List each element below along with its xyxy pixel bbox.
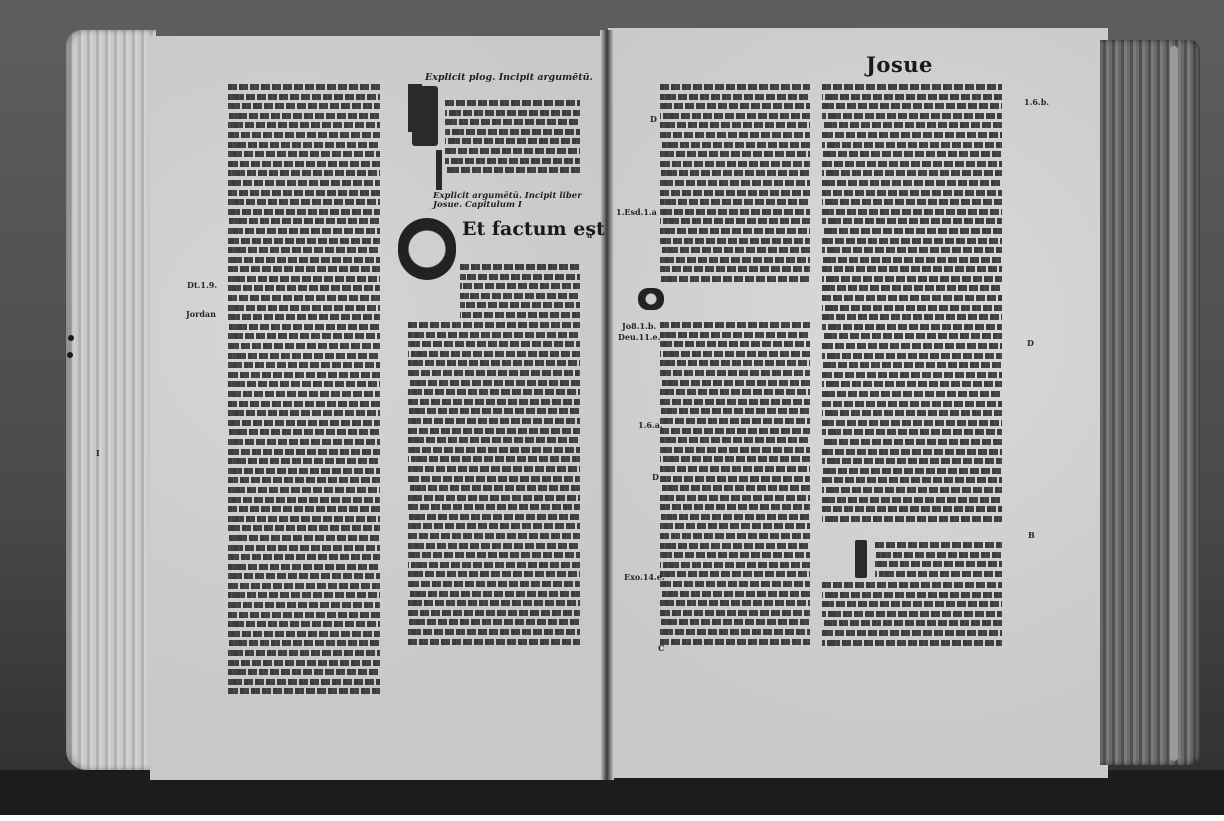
text-line [228,658,380,668]
book-gutter [600,30,614,780]
text-column-right-outer-initial [875,540,1002,580]
margin-note: Exo.14.e. [624,572,665,582]
text-line [660,550,810,560]
text-line [660,178,810,188]
margin-note: D [1027,338,1034,348]
text-line [822,197,1002,207]
text-line [228,523,380,533]
text-line [460,272,580,282]
text-line [822,485,1002,495]
text-line [875,569,1002,579]
text-line [822,389,1002,399]
text-line [460,310,580,320]
text-line [822,312,1002,322]
text-line [822,216,1002,226]
text-line [228,686,380,696]
text-line [822,628,1002,638]
ink-mark [67,352,73,358]
text-line [660,454,810,464]
text-line [408,560,580,570]
text-line [660,320,810,330]
text-line [660,397,810,407]
text-line [660,627,810,637]
text-line [660,483,810,493]
text-line [822,207,1002,217]
text-line [822,514,1002,524]
text-line [408,521,580,531]
text-line [660,378,810,388]
text-line [228,495,380,505]
text-line [228,274,380,284]
text-line [660,426,810,436]
text-line [408,358,580,368]
text-line [408,464,580,474]
text-line [660,111,810,121]
text-line [822,580,1002,590]
text-line [228,236,380,246]
text-line [228,648,380,658]
text-line [228,168,380,178]
text-line [822,609,1002,619]
text-line [660,560,810,570]
text-line [408,637,580,647]
margin-note: D [652,472,659,482]
text-line [822,168,1002,178]
text-line [228,610,380,620]
text-line [460,291,580,301]
text-line [228,600,380,610]
text-line [660,236,810,246]
text-line [228,245,380,255]
text-line [408,541,580,551]
text-line [660,445,810,455]
text-line [408,493,580,503]
text-line [408,330,580,340]
text-line [228,504,380,514]
text-line [822,408,1002,418]
text-line [660,255,810,265]
text-line [822,236,1002,246]
rubric-explicit-prologue: Explicit plog. Incipit argumētū. [425,72,593,83]
text-line [408,512,580,522]
text-line [228,399,380,409]
text-column-left-outer [228,82,380,702]
text-column-left-inner-prologue [445,98,580,184]
text-line [408,579,580,589]
text-line [408,608,580,618]
text-line [408,531,580,541]
text-line [228,447,380,457]
text-line [228,677,380,687]
text-line [660,579,810,589]
text-line [228,427,380,437]
margin-note: B [1028,530,1035,540]
text-line [408,426,580,436]
text-line [822,504,1002,514]
text-line [228,360,380,370]
text-line [228,571,380,581]
text-line [822,351,1002,361]
decorated-initial-i [412,86,438,146]
text-line [408,454,580,464]
text-line [408,406,580,416]
text-line [822,149,1002,159]
margin-note: 1.6.a. [638,420,663,430]
text-line [660,617,810,627]
text-line [408,397,580,407]
text-line [822,92,1002,102]
text-column-right-inner-upper [660,82,810,292]
text-line [228,379,380,389]
right-page-block-edge [1100,40,1200,765]
chapter-section-marker: a [587,230,592,240]
text-line [408,435,580,445]
text-line [660,101,810,111]
text-line [660,387,810,397]
text-line [228,667,380,677]
text-line [660,474,810,484]
text-line [408,550,580,560]
text-column-right-outer-lower [822,580,1002,652]
text-line [822,618,1002,628]
text-line [408,387,580,397]
text-line [228,82,380,92]
decorated-initial-n [638,288,664,310]
text-line [408,569,580,579]
text-line [822,341,1002,351]
text-column-left-inner [408,320,580,648]
text-line [660,464,810,474]
text-line [445,127,580,137]
text-line [228,159,380,169]
text-line [822,140,1002,150]
text-line [660,637,810,647]
text-line [228,130,380,140]
text-line [228,475,380,485]
text-line [408,445,580,455]
rubric-incipit-josue: Explicit argumētū. Incipit liber Josue. … [433,192,583,210]
margin-note: Jo8.1.b. [622,321,656,331]
text-line [822,82,1002,92]
text-line [660,358,810,368]
text-line [228,629,380,639]
text-line [228,283,380,293]
text-line [660,569,810,579]
text-line [408,474,580,484]
text-line [228,293,380,303]
text-line [660,264,810,274]
text-line [408,416,580,426]
text-line [228,188,380,198]
text-line [822,399,1002,409]
text-line [822,322,1002,332]
text-line [822,264,1002,274]
decorated-initial-i-lower [855,540,867,578]
text-line [822,360,1002,370]
text-line [228,255,380,265]
margin-note: Jordan [186,309,216,319]
text-line [408,617,580,627]
text-line [660,82,810,92]
text-line [822,178,1002,188]
text-line [660,245,810,255]
text-line [228,312,380,322]
text-line [660,140,810,150]
text-line [228,111,380,121]
text-line [822,495,1002,505]
text-line [660,521,810,531]
text-line [660,188,810,198]
text-line [822,293,1002,303]
text-line [445,165,580,175]
left-page-block-edge [66,30,156,770]
text-line [228,456,380,466]
text-line [228,140,380,150]
text-line [228,264,380,274]
text-line [228,226,380,236]
text-line [822,599,1002,609]
running-head: Josue [866,52,933,77]
margin-note: I [96,448,100,458]
text-line [408,483,580,493]
text-line [660,168,810,178]
text-line [408,339,580,349]
text-line [445,136,580,146]
text-line [228,178,380,188]
text-line [822,475,1002,485]
text-line [822,437,1002,447]
text-line [228,331,380,341]
text-line [660,435,810,445]
text-line [822,120,1002,130]
text-line [822,283,1002,293]
text-line [822,255,1002,265]
text-line [875,540,1002,550]
text-line [660,589,810,599]
cover-edge [1170,46,1178,761]
text-line [408,349,580,359]
text-line [228,370,380,380]
text-line [408,320,580,330]
text-line [875,559,1002,569]
text-line [660,130,810,140]
text-line [408,627,580,637]
text-line [228,120,380,130]
text-line [660,512,810,522]
text-line [228,216,380,226]
margin-note: D [650,114,657,124]
margin-note: 1.6.b. [1024,97,1049,107]
text-line [228,552,380,562]
text-line [822,447,1002,457]
text-line [822,418,1002,428]
text-line [660,598,810,608]
text-line [228,466,380,476]
text-line [822,427,1002,437]
text-line [660,368,810,378]
text-line [228,197,380,207]
text-line [822,638,1002,648]
text-line [228,437,380,447]
text-line [228,590,380,600]
text-line [445,117,580,127]
text-line [660,120,810,130]
text-line [660,608,810,618]
text-line [660,92,810,102]
text-column-right-inner [660,320,810,650]
text-line [822,379,1002,389]
text-line [660,406,810,416]
text-line [822,274,1002,284]
text-line [228,581,380,591]
text-line [660,330,810,340]
text-line [822,466,1002,476]
text-line [660,541,810,551]
text-line [445,108,580,118]
text-line [660,149,810,159]
text-line [228,418,380,428]
text-line [228,514,380,524]
text-line [822,159,1002,169]
text-line [408,502,580,512]
text-line [660,207,810,217]
text-line [228,351,380,361]
text-line [228,207,380,217]
text-line [228,533,380,543]
text-line [875,550,1002,560]
text-line [660,502,810,512]
margin-note: Deu.11.e. [618,332,660,342]
text-line [822,456,1002,466]
opening-words: Et factum est [462,218,605,240]
text-line [822,188,1002,198]
text-line [228,408,380,418]
text-line [660,349,810,359]
margin-note: Dt.1.9. [187,280,217,290]
text-line [660,226,810,236]
decorated-initial-e [398,218,456,280]
text-line [228,101,380,111]
text-line [822,590,1002,600]
text-line [445,146,580,156]
text-line [228,485,380,495]
text-line [822,226,1002,236]
text-line [660,531,810,541]
text-line [660,197,810,207]
text-line [228,389,380,399]
text-line [228,149,380,159]
text-line [228,562,380,572]
text-line [460,300,580,310]
text-line [408,368,580,378]
text-line [445,156,580,166]
text-line [822,303,1002,313]
text-line [822,130,1002,140]
text-line [228,341,380,351]
text-line [228,619,380,629]
text-line [460,262,580,272]
text-line [822,101,1002,111]
text-column-left-inner-upper [460,262,580,322]
text-line [408,589,580,599]
text-line [228,303,380,313]
text-line [660,339,810,349]
text-line [228,543,380,553]
text-line [408,378,580,388]
text-line [660,493,810,503]
text-line [228,322,380,332]
text-column-right-outer-upper [822,82,1002,532]
text-line [822,111,1002,121]
text-line [445,98,580,108]
text-line [460,281,580,291]
text-line [660,416,810,426]
text-line [228,638,380,648]
text-line [822,331,1002,341]
text-line [660,159,810,169]
text-line [660,274,810,284]
ink-mark [68,335,74,341]
margin-note: 1.Esd.1.a [616,207,657,217]
text-line [408,598,580,608]
margin-note: C [658,643,664,653]
text-line [822,370,1002,380]
text-line [660,216,810,226]
text-line [228,92,380,102]
text-line [822,245,1002,255]
